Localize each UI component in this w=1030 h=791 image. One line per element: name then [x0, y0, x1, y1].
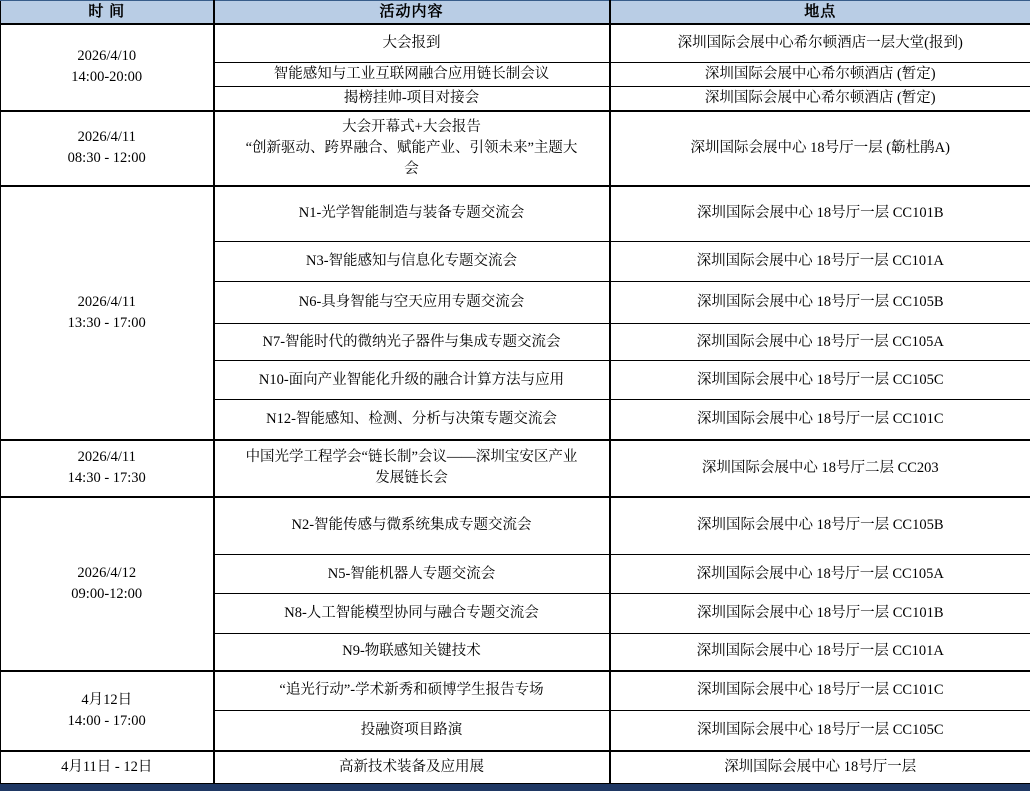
location-cell: 深圳国际会展中心 18号厅一层 CC101B — [610, 594, 1030, 634]
activity-cell: 大会报到 — [214, 24, 610, 62]
time-cell: 2026/4/11 14:30 - 17:30 — [1, 440, 214, 497]
activity-cell: N6-具身智能与空天应用专题交流会 — [214, 282, 610, 324]
bottom-accent-bar — [0, 784, 1030, 791]
schedule-row: 2026/4/11 14:30 - 17:30中国光学工程学会“链长制”会议——… — [1, 440, 1030, 497]
location-cell: 深圳国际会展中心 18号厅一层 CC101C — [610, 400, 1030, 440]
activity-cell: 智能感知与工业互联网融合应用链长制会议 — [214, 62, 610, 86]
time-cell: 2026/4/11 08:30 - 12:00 — [1, 111, 214, 186]
time-cell: 4月12日 14:00 - 17:00 — [1, 671, 214, 751]
activity-cell: 高新技术装备及应用展 — [214, 751, 610, 784]
header-cell-location: 地点 — [610, 1, 1030, 25]
header-cell-activity: 活动内容 — [214, 1, 610, 25]
location-cell: 深圳国际会展中心 18号厅一层 CC105B — [610, 282, 1030, 324]
schedule-row: 2026/4/11 08:30 - 12:00大会开幕式+大会报告 “创新驱动、… — [1, 111, 1030, 186]
time-cell: 4月11日 - 12日 — [1, 751, 214, 784]
schedule-row: 2026/4/10 14:00-20:00大会报到深圳国际会展中心希尔顿酒店一层… — [1, 24, 1030, 62]
location-cell: 深圳国际会展中心 18号厅一层 CC101B — [610, 186, 1030, 242]
time-cell: 2026/4/11 13:30 - 17:00 — [1, 186, 214, 440]
location-cell: 深圳国际会展中心 18号厅一层 CC105C — [610, 711, 1030, 751]
location-cell: 深圳国际会展中心 18号厅一层 — [610, 751, 1030, 784]
activity-cell: N5-智能机器人专题交流会 — [214, 555, 610, 594]
location-cell: 深圳国际会展中心 18号厅一层 (簕杜鹃A) — [610, 111, 1030, 186]
activity-cell: 中国光学工程学会“链长制”会议——深圳宝安区产业 发展链长会 — [214, 440, 610, 497]
header-cell-time: 时 间 — [1, 1, 214, 25]
activity-cell: 投融资项目路演 — [214, 711, 610, 751]
activity-cell: N12-智能感知、检测、分析与决策专题交流会 — [214, 400, 610, 440]
location-cell: 深圳国际会展中心 18号厅二层 CC203 — [610, 440, 1030, 497]
activity-cell: N8-人工智能模型协同与融合专题交流会 — [214, 594, 610, 634]
schedule-row: 2026/4/12 09:00-12:00N2-智能传感与微系统集成专题交流会深… — [1, 497, 1030, 555]
schedule-row: 4月11日 - 12日高新技术装备及应用展深圳国际会展中心 18号厅一层 — [1, 751, 1030, 784]
schedule-row: 4月12日 14:00 - 17:00“追光行动”-学术新秀和硕博学生报告专场深… — [1, 671, 1030, 711]
header-row: 时 间 活动内容 地点 — [1, 1, 1030, 25]
location-cell: 深圳国际会展中心 18号厅一层 CC105A — [610, 324, 1030, 361]
schedule-table: 时 间 活动内容 地点 2026/4/10 14:00-20:00大会报到深圳国… — [0, 0, 1030, 784]
location-cell: 深圳国际会展中心 18号厅一层 CC105A — [610, 555, 1030, 594]
location-cell: 深圳国际会展中心 18号厅一层 CC101A — [610, 634, 1030, 671]
location-cell: 深圳国际会展中心 18号厅一层 CC105C — [610, 361, 1030, 400]
schedule-table-header: 时 间 活动内容 地点 — [1, 1, 1030, 25]
time-cell: 2026/4/12 09:00-12:00 — [1, 497, 214, 671]
activity-cell: N7-智能时代的微纳光子器件与集成专题交流会 — [214, 324, 610, 361]
location-cell: 深圳国际会展中心希尔顿酒店 (暂定) — [610, 86, 1030, 111]
location-cell: 深圳国际会展中心 18号厅一层 CC101C — [610, 671, 1030, 711]
activity-cell: N3-智能感知与信息化专题交流会 — [214, 242, 610, 282]
activity-cell: 揭榜挂帅-项目对接会 — [214, 86, 610, 111]
location-cell: 深圳国际会展中心 18号厅一层 CC105B — [610, 497, 1030, 555]
schedule-table-body: 2026/4/10 14:00-20:00大会报到深圳国际会展中心希尔顿酒店一层… — [1, 24, 1030, 784]
activity-cell: N1-光学智能制造与装备专题交流会 — [214, 186, 610, 242]
activity-cell: N9-物联感知关键技术 — [214, 634, 610, 671]
time-cell: 2026/4/10 14:00-20:00 — [1, 24, 214, 111]
conference-schedule-page: 时 间 活动内容 地点 2026/4/10 14:00-20:00大会报到深圳国… — [0, 0, 1030, 791]
activity-cell: 大会开幕式+大会报告 “创新驱动、跨界融合、赋能产业、引领未来”主题大 会 — [214, 111, 610, 186]
schedule-row: 2026/4/11 13:30 - 17:00N1-光学智能制造与装备专题交流会… — [1, 186, 1030, 242]
activity-cell: N10-面向产业智能化升级的融合计算方法与应用 — [214, 361, 610, 400]
location-cell: 深圳国际会展中心希尔顿酒店 (暂定) — [610, 62, 1030, 86]
location-cell: 深圳国际会展中心 18号厅一层 CC101A — [610, 242, 1030, 282]
location-cell: 深圳国际会展中心希尔顿酒店一层大堂(报到) — [610, 24, 1030, 62]
activity-cell: “追光行动”-学术新秀和硕博学生报告专场 — [214, 671, 610, 711]
activity-cell: N2-智能传感与微系统集成专题交流会 — [214, 497, 610, 555]
